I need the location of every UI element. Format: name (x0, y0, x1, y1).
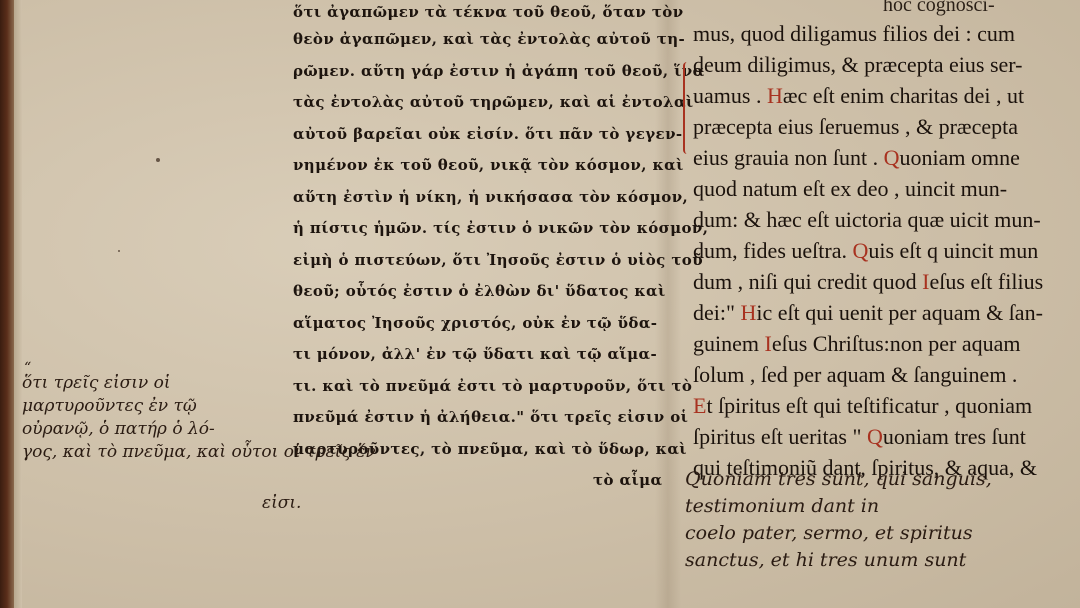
greek-line: αἵματος Ἰησοῦς χριστός, οὐκ ἐν τῷ ὕδα- (293, 308, 663, 340)
rubric-initial: Q (884, 145, 900, 170)
rubric-bracket (683, 62, 693, 154)
note-line: ὅτι τρεῖς εἰσιν οἱ (22, 372, 376, 395)
latin-line: quod natum eſt ex deo , uincit mun- (693, 173, 1078, 204)
note-line: μαρτυροῦντες ἐν τῷ (22, 395, 376, 418)
latin-line: dum , niſi qui credit quod Ieſus eſt fil… (693, 266, 1078, 297)
latin-line: uamus . Hæc eſt enim charitas dei , ut (693, 80, 1078, 111)
latin-line: ſolum , ſed per aquam & ſanguinem . (693, 359, 1078, 390)
paper-fleck (156, 158, 160, 162)
latin-line: ſpiritus eſt ueritas " Quoniam tres ſunt (693, 421, 1078, 452)
page-edge (14, 0, 22, 608)
greek-line: νημένον ἐκ τοῦ θεοῦ, νικᾷ τὸν κόσμον, κα… (293, 150, 663, 182)
latin-line: dum: & hæc eſt uictoria quæ uicit mun- (693, 204, 1078, 235)
latin-line: præcepta eius ſeruemus , & præcepta (693, 111, 1078, 142)
greek-line: τὸ αἷμα (293, 465, 663, 497)
rubric-initial: Q (852, 238, 868, 263)
greek-line: αὐτοῦ βαρεῖαι οὐκ εἰσίν. ὅτι πᾶν τὸ γεγε… (293, 119, 663, 151)
latin-line: Et ſpiritus eſt qui teſtificatur , quoni… (693, 390, 1078, 421)
note-line: Quoniam tres sunt, qui sanguis, (685, 466, 992, 493)
greek-line: ὅτι ἀγαπῶμεν τὰ τέκνα τοῦ θεοῦ, ὅταν τὸν (293, 0, 663, 24)
greek-line: τι μόνον, ἀλλ' ἐν τῷ ὕδατι καὶ τῷ αἵμα- (293, 339, 663, 371)
latin-line: dei:" Hic eſt qui uenit per aquam & ſan- (693, 297, 1078, 328)
book-binding (0, 0, 14, 608)
book-page-photo: ὅτι ἀγαπῶμεν τὰ τέκνα τοῦ θεοῦ, ὅταν τὸν… (0, 0, 1080, 608)
rubric-initial: Q (867, 424, 883, 449)
latin-line: mus, quod diligamus filios dei : cum (693, 18, 1078, 49)
rubric-initial: H (767, 83, 783, 108)
note-line: sanctus, et hi tres unum sunt (685, 547, 992, 574)
greek-line: εἰμὴ ὁ πιστεύων, ὅτι Ἰησοῦς ἐστιν ὁ υἱὸς… (293, 245, 663, 277)
latin-partial-line: hoc cognosci- (693, 0, 1078, 18)
greek-note-tail: εἰσι. (262, 493, 301, 513)
paper-fleck (118, 250, 120, 252)
latin-marginal-note: Quoniam tres sunt, qui sanguis, testimon… (685, 466, 992, 574)
note-line: οὐρανῷ, ὁ πατήρ ὁ λό- (22, 418, 376, 441)
latin-column: hoc cognosci- mus, quod diligamus filios… (693, 0, 1078, 483)
greek-line: τὰς ἐντολὰς αὐτοῦ τηρῶμεν, καὶ αἱ ἐντολα… (293, 87, 663, 119)
latin-line: guinem Ieſus Chriſtus:non per aquam (693, 328, 1078, 359)
greek-line: ρῶμεν. αὕτη γάρ ἐστιν ἡ ἀγάπη τοῦ θεοῦ, … (293, 56, 663, 88)
greek-line: θεοῦ; οὗτός ἐστιν ὁ ἐλθὼν δι' ὕδατος καὶ (293, 276, 663, 308)
greek-line: ἡ πίστις ἡμῶν. τίς ἐστιν ὁ νικῶν τὸν κόσ… (293, 213, 663, 245)
rubric-initial: H (740, 300, 756, 325)
rubric-initial: I (765, 331, 772, 356)
latin-line: dum, fides ueſtra. Quis eſt q uincit mun (693, 235, 1078, 266)
rubric-initial: E (693, 393, 706, 418)
note-line: coelo pater, sermo, et spiritus (685, 520, 992, 547)
note-line: γος, καὶ τὸ πνεῦμα, καὶ οὗτοι οἱ τρεῖς ἕ… (22, 441, 376, 464)
note-line: testimonium dant in (685, 493, 992, 520)
greek-line: αὕτη ἐστὶν ἡ νίκη, ἡ νικήσασα τὸν κόσμον… (293, 182, 663, 214)
greek-line: θεὸν ἀγαπῶμεν, καὶ τὰς ἐντολὰς αὐτοῦ τη- (293, 24, 663, 56)
latin-line: deum diligimus, & præcepta eius ser- (693, 49, 1078, 80)
latin-line: eius grauia non ſunt . Quoniam omne (693, 142, 1078, 173)
greek-marginal-note: ὅτι τρεῖς εἰσιν οἱ μαρτυροῦντες ἐν τῷ οὐ… (22, 372, 376, 464)
